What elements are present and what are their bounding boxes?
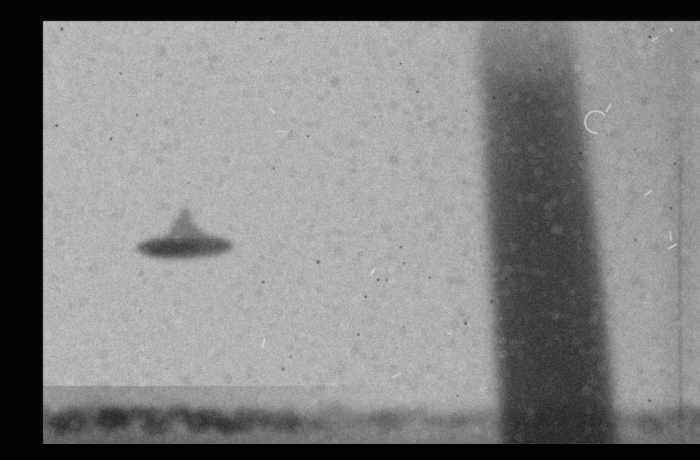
ufo-photograph-canvas xyxy=(40,16,700,444)
ufo-photo xyxy=(40,16,700,444)
